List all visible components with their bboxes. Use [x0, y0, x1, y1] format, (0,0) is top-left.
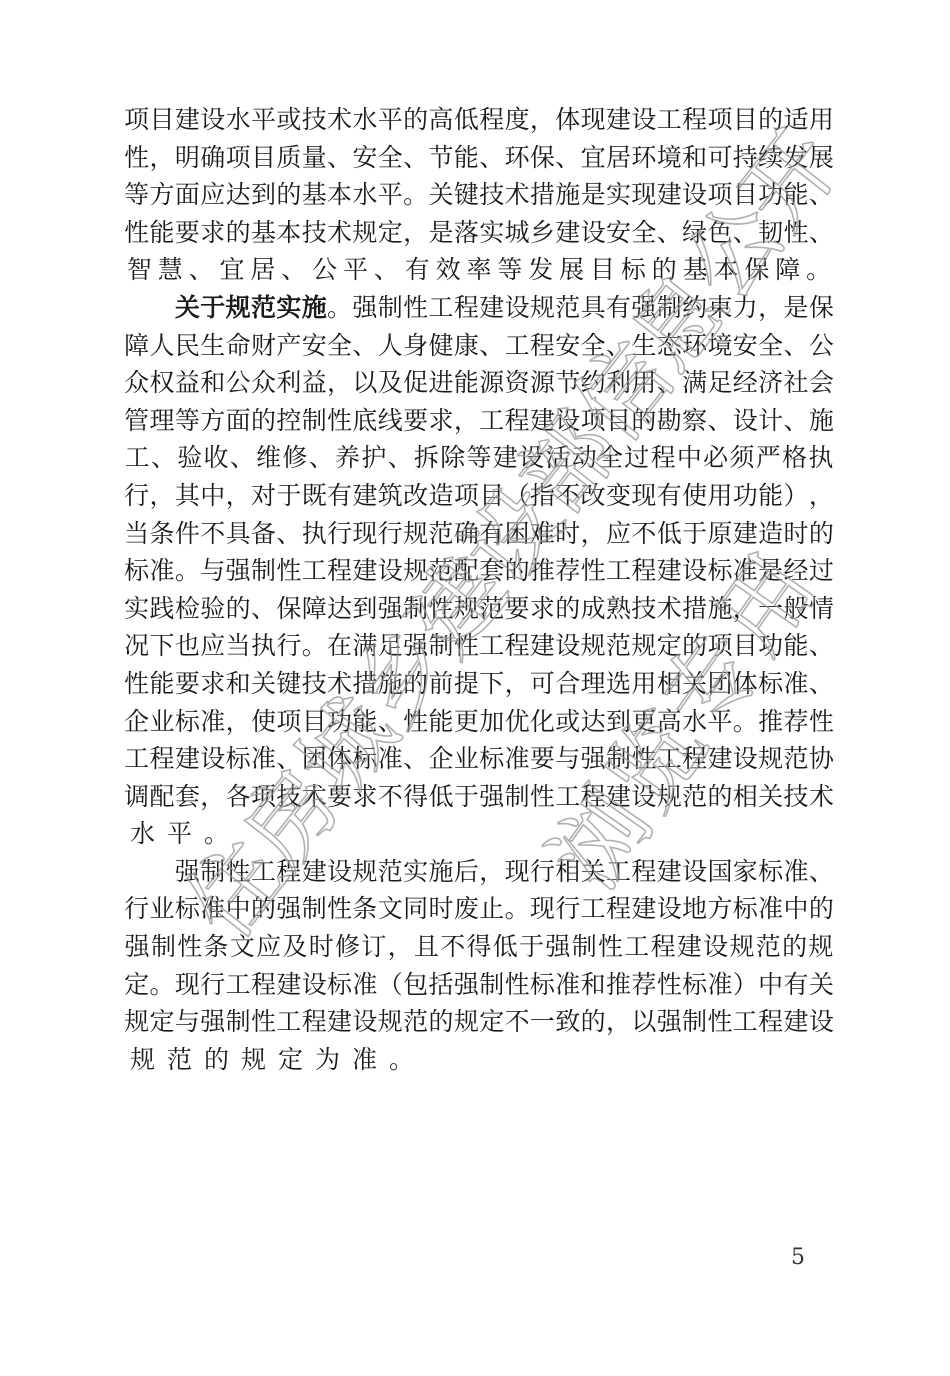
text-line: 障人民生命财产安全、人身健康、工程安全、生态环境安全、公 — [124, 327, 834, 365]
text-line: 性能要求的基本技术规定，是落实城乡建设安全、绿色、韧性、 — [124, 214, 834, 252]
paragraph: 关于规范实施。强制性工程建设规范具有强制约束力，是保障人民生命财产安全、人身健康… — [124, 289, 834, 853]
text-line: 智慧、宜居、公平、有效率等发展目标的基本保障。 — [124, 251, 834, 289]
text-line: 强制性条文应及时修订，且不得低于强制性工程建设规范的规 — [124, 928, 834, 966]
document-page: 项目建设水平或技术水平的高低程度，体现建设工程项目的适用性，明确项目质量、安全、… — [0, 0, 950, 1376]
text-line: 标准。与强制性工程建设规范配套的推荐性工程建设标准是经过 — [124, 552, 834, 590]
text-line: 水平。 — [124, 815, 834, 853]
paragraph: 项目建设水平或技术水平的高低程度，体现建设工程项目的适用性，明确项目质量、安全、… — [124, 101, 834, 289]
text-line: 等方面应达到的基本水平。关键技术措施是实现建设项目功能、 — [124, 176, 834, 214]
text-line: 关于规范实施。强制性工程建设规范具有强制约束力，是保 — [124, 289, 834, 327]
text-line: 当条件不具备、执行现行规范确有困难时，应不低于原建造时的 — [124, 515, 834, 553]
body-text: 项目建设水平或技术水平的高低程度，体现建设工程项目的适用性，明确项目质量、安全、… — [124, 101, 834, 1078]
text-line: 强制性工程建设规范实施后，现行相关工程建设国家标准、 — [124, 853, 834, 891]
text-line: 项目建设水平或技术水平的高低程度，体现建设工程项目的适用 — [124, 101, 834, 139]
text-line: 况下也应当执行。在满足强制性工程建设规范规定的项目功能、 — [124, 627, 834, 665]
text-line: 工程建设标准、团体标准、企业标准要与强制性工程建设规范协 — [124, 740, 834, 778]
text-line: 性能要求和关键技术措施的前提下，可合理选用相关团体标准、 — [124, 665, 834, 703]
text-line: 行业标准中的强制性条文同时废止。现行工程建设地方标准中的 — [124, 890, 834, 928]
text-line: 众权益和公众利益，以及促进能源资源节约利用、满足经济社会 — [124, 364, 834, 402]
text-line: 规定与强制性工程建设规范的规定不一致的，以强制性工程建设 — [124, 1003, 834, 1041]
text-line: 定。现行工程建设标准（包括强制性标准和推荐性标准）中有关 — [124, 966, 834, 1004]
text-line: 企业标准，使项目功能、性能更加优化或达到更高水平。推荐性 — [124, 703, 834, 741]
text-line: 行，其中，对于既有建筑改造项目（指不改变现有使用功能）， — [124, 477, 834, 515]
text-line: 性，明确项目质量、安全、节能、环保、宜居环境和可持续发展 — [124, 139, 834, 177]
text-line: 管理等方面的控制性底线要求，工程建设项目的勘察、设计、施 — [124, 402, 834, 440]
page-number: 5 — [791, 1245, 805, 1270]
paragraph: 强制性工程建设规范实施后，现行相关工程建设国家标准、行业标准中的强制性条文同时废… — [124, 853, 834, 1079]
text-line: 工、验收、维修、养护、拆除等建设活动全过程中必须严格执 — [124, 439, 834, 477]
text-line: 实践检验的、保障达到强制性规范要求的成熟技术措施，一般情 — [124, 590, 834, 628]
text-line: 规范的规定为准。 — [124, 1041, 834, 1079]
text-line: 调配套，各项技术要求不得低于强制性工程建设规范的相关技术 — [124, 778, 834, 816]
